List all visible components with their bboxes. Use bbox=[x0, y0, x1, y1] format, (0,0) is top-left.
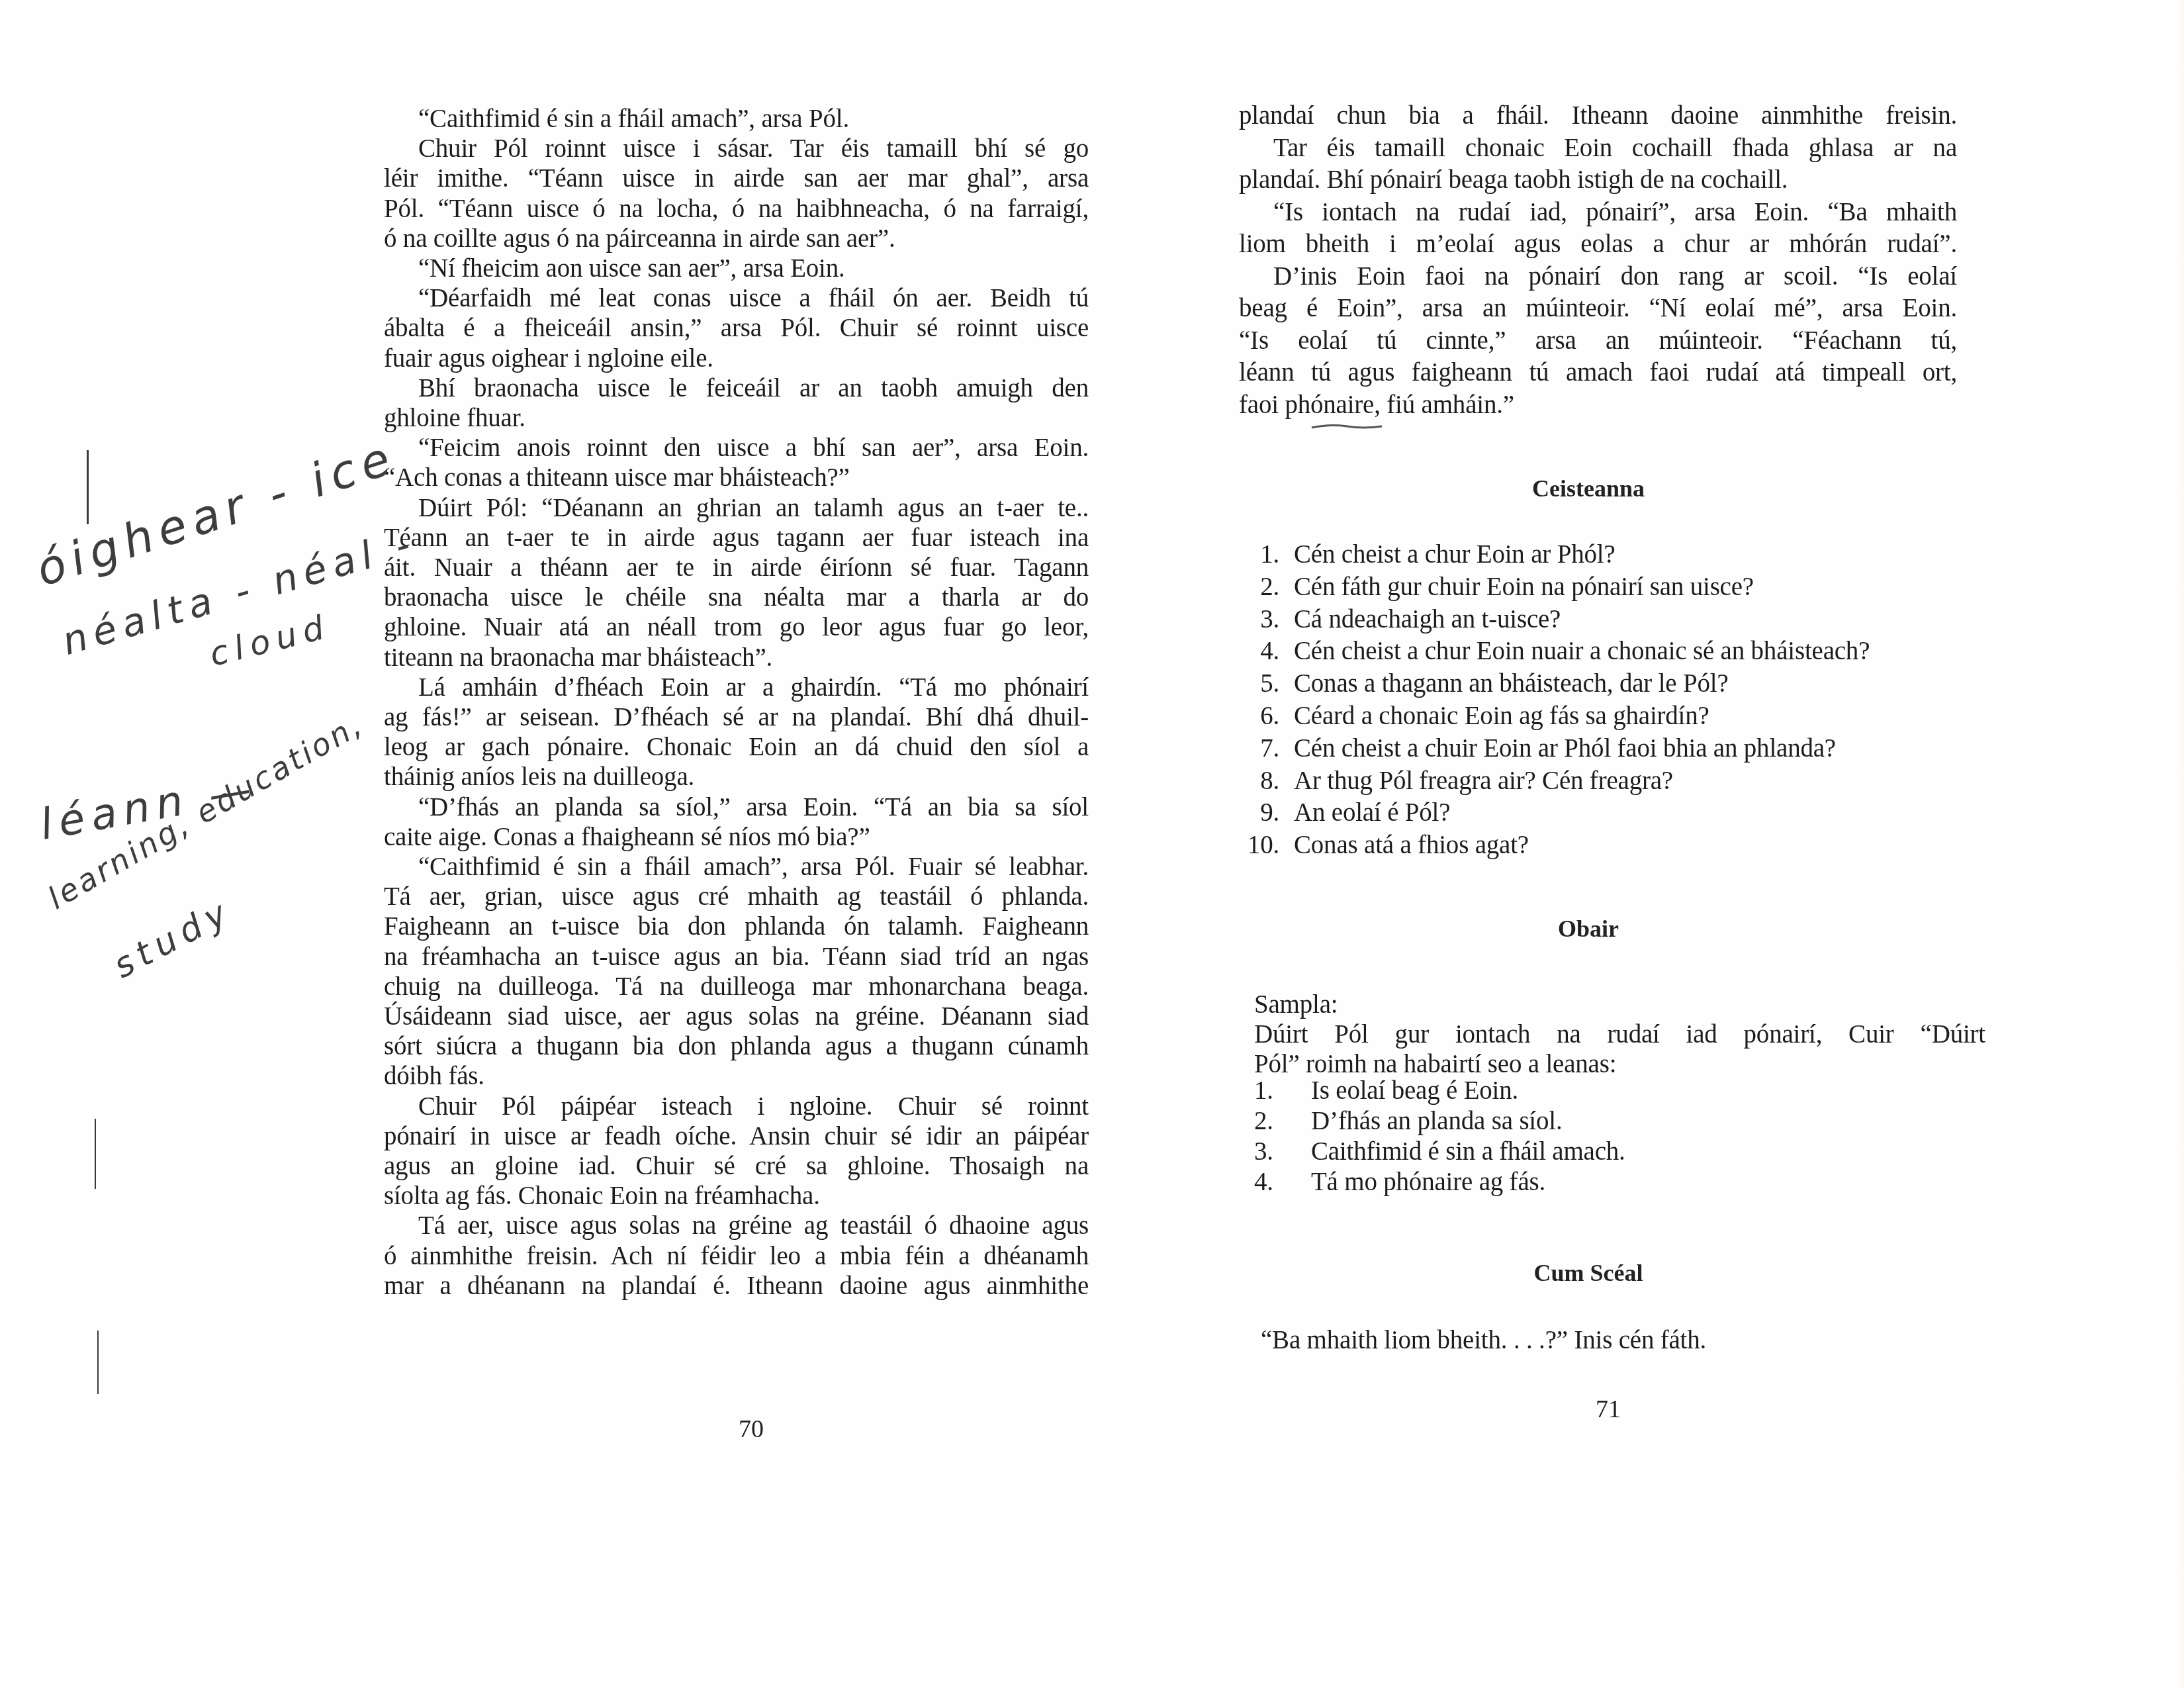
text-line: fuair agus oighear i ngloine eile. bbox=[384, 346, 713, 371]
text-line: Dúirt Pól: “Déanann an ghrian an talamh … bbox=[418, 495, 1089, 521]
question-number: 4. bbox=[1234, 638, 1279, 664]
question-text: Conas a thagann an bháisteach, dar le Pó… bbox=[1294, 669, 1729, 698]
question-item: 4.Cén cheist a chur Eoin nuair a chonaic… bbox=[1234, 638, 1870, 664]
text-line: Chuir Pól páipéar isteach i ngloine. Chu… bbox=[418, 1094, 1089, 1119]
question-item: 2.Cén fáth gur chuir Eoin na pónairí san… bbox=[1234, 574, 1754, 600]
left-page: “Caithfimid é sin a fháil amach”, arsa P… bbox=[0, 0, 1092, 1688]
text-line: “Ach conas a thiteann uisce mar bháistea… bbox=[384, 465, 850, 491]
text-line: Chuir Pól roinnt uisce i sásar. Tar éis … bbox=[418, 136, 1089, 162]
margin-line-mark bbox=[95, 1119, 96, 1189]
text-line: caite aige. Conas a fhaigheann sé níos m… bbox=[384, 824, 870, 850]
text-line: braonacha uisce le chéile sna néalta mar… bbox=[384, 585, 1089, 610]
text-line: Tá aer, grian, uisce agus cré mhaith ag … bbox=[384, 884, 1089, 910]
work-heading: Obair bbox=[1092, 917, 2085, 941]
question-number: 7. bbox=[1234, 735, 1279, 761]
question-item: 6.Céard a chonaic Eoin ag fás sa ghairdí… bbox=[1234, 703, 1709, 729]
text-line: Tá aer, uisce agus solas na gréine ag te… bbox=[418, 1213, 1089, 1239]
text-line: Lá amháin d’fhéach Eoin ar a ghairdín. “… bbox=[418, 675, 1089, 700]
text-line: “Déarfaidh mé leat conas uisce a fháil ó… bbox=[418, 285, 1089, 311]
text-line: “Caithfimid é sin a fháil amach”, arsa P… bbox=[418, 854, 1089, 880]
text-line: léir imithe. “Téann uisce in airde san a… bbox=[384, 165, 1089, 191]
text-line: pónairí in uisce ar feadh oíche. Ansin c… bbox=[384, 1123, 1089, 1149]
question-item: 9.An eolaí é Pól? bbox=[1234, 800, 1450, 825]
question-text: Cá ndeachaigh an t-uisce? bbox=[1294, 605, 1561, 633]
text-line: na fréamhacha an t-uisce agus an bia. Té… bbox=[384, 944, 1089, 970]
handwritten-note-study: study bbox=[107, 891, 240, 986]
question-text: Conas atá a fhios agat? bbox=[1294, 831, 1529, 859]
text-line: sórt siúcra a thugann bia don phlanda ag… bbox=[384, 1033, 1089, 1059]
text-line: “Is iontach na rudaí iad, pónairí”, arsa… bbox=[1273, 199, 1957, 225]
exercise-item: 2.D’fhás an planda sa síol. bbox=[1254, 1108, 1562, 1134]
exercise-text: Caithfimid é sin a fháil amach. bbox=[1311, 1137, 1625, 1166]
text-line: “Is eolaí tú cinnte,” arsa an múinteoir.… bbox=[1239, 328, 1957, 353]
text-line: tháinig aníos leis na duilleoga. bbox=[384, 764, 694, 790]
exercise-text: Tá mo phónaire ag fás. bbox=[1311, 1168, 1545, 1196]
story-prompt: “Ba mhaith liom bheith. . . .?” Inis cén… bbox=[1261, 1327, 1706, 1353]
exercise-item: 1.Is eolaí beag é Eoin. bbox=[1254, 1078, 1518, 1103]
question-number: 1. bbox=[1234, 541, 1279, 567]
story-heading: Cum Scéal bbox=[1092, 1261, 2085, 1285]
question-number: 6. bbox=[1234, 703, 1279, 729]
text-line: agus an gloine iad. Chuir sé cré sa ghlo… bbox=[384, 1153, 1089, 1179]
text-line: Faigheann an t-uisce bia don phlanda ón … bbox=[384, 914, 1089, 939]
question-text: Cén cheist a chur Eoin nuair a chonaic s… bbox=[1294, 637, 1870, 665]
text-line: titeann na braonacha mar bháisteach”. bbox=[384, 645, 772, 671]
question-text: Cén cheist a chur Eoin ar Phól? bbox=[1294, 540, 1615, 569]
question-text: An eolaí é Pól? bbox=[1294, 798, 1450, 827]
text-line: “Feicim anois roinnt den uisce a bhí san… bbox=[418, 435, 1089, 461]
sample-label: Sampla: bbox=[1254, 992, 1338, 1017]
margin-line-mark bbox=[87, 450, 89, 524]
text-line: ghloine fhuar. bbox=[384, 405, 525, 431]
question-number: 3. bbox=[1234, 606, 1279, 632]
question-item: 3.Cá ndeachaigh an t-uisce? bbox=[1234, 606, 1561, 632]
text-line: “D’fhás an planda sa síol,” arsa Eoin. “… bbox=[418, 794, 1089, 820]
text-line: “Caithfimid é sin a fháil amach”, arsa P… bbox=[418, 106, 849, 132]
text-line: ábalta é a fheiceáil ansin,” arsa Pól. C… bbox=[384, 315, 1089, 341]
question-text: Ar thug Pól freagra air? Cén freagra? bbox=[1294, 767, 1673, 795]
text-line: Pól. “Téann uisce ó na locha, ó na haibh… bbox=[384, 196, 1089, 222]
exercise-item: 4.Tá mo phónaire ag fás. bbox=[1254, 1169, 1545, 1195]
text-line: dóibh fás. bbox=[384, 1063, 484, 1089]
page-number-left: 70 bbox=[711, 1417, 791, 1442]
question-number: 5. bbox=[1234, 671, 1279, 696]
question-number: 9. bbox=[1234, 800, 1279, 825]
page-number-right: 71 bbox=[1569, 1397, 1648, 1422]
question-item: 8.Ar thug Pól freagra air? Cén freagra? bbox=[1234, 768, 1673, 794]
question-item: 10.Conas atá a fhios agat? bbox=[1234, 832, 1529, 858]
pencil-underline bbox=[1310, 422, 1383, 432]
question-text: Cén fáth gur chuir Eoin na pónairí san u… bbox=[1294, 573, 1754, 601]
sample-line: Dúirt Pól gur iontach na rudaí iad pónai… bbox=[1254, 1021, 1985, 1047]
text-line: ó ainmhithe freisin. Ach ní féidir leo a… bbox=[384, 1243, 1089, 1269]
question-text: Céard a chonaic Eoin ag fás sa ghairdín? bbox=[1294, 702, 1709, 730]
text-line: léann tú agus faigheann tú amach faoi ru… bbox=[1239, 359, 1957, 385]
sample-line: Pól” roimh na habairtí seo a leanas: bbox=[1254, 1051, 1616, 1077]
margin-line-mark bbox=[97, 1331, 99, 1394]
exercise-number: 4. bbox=[1254, 1169, 1281, 1195]
text-line: síolta ag fás. Chonaic Eoin na fréamhach… bbox=[384, 1183, 820, 1209]
question-item: 1.Cén cheist a chur Eoin ar Phól? bbox=[1234, 541, 1615, 567]
exercise-item: 3.Caithfimid é sin a fháil amach. bbox=[1254, 1139, 1625, 1164]
question-item: 7.Cén cheist a chuir Eoin ar Phól faoi b… bbox=[1234, 735, 1836, 761]
text-line: plandaí. Bhí pónairí beaga taobh istigh … bbox=[1239, 167, 1788, 193]
text-line: beag é Eoin”, arsa an múinteoir. “Ní eol… bbox=[1239, 295, 1957, 321]
text-line: Téann an t-aer te in airde agus tagann a… bbox=[384, 525, 1089, 551]
text-line: D’inis Eoin faoi na pónairí don rang ar … bbox=[1273, 263, 1957, 289]
right-page: plandaí chun bia a fháil. Itheann daoine… bbox=[1092, 0, 2184, 1688]
text-line: ag fás!” ar seisean. D’fhéach sé ar na p… bbox=[384, 704, 1089, 730]
exercise-number: 3. bbox=[1254, 1139, 1281, 1164]
text-line: Úsáideann siad uisce, aer agus solas na … bbox=[384, 1004, 1089, 1029]
question-number: 10. bbox=[1234, 832, 1279, 858]
text-line: faoi phónaire, fiú amháin.” bbox=[1239, 392, 1514, 418]
exercise-number: 2. bbox=[1254, 1108, 1281, 1134]
text-line: “Ní fheicim aon uisce san aer”, arsa Eoi… bbox=[418, 256, 845, 281]
question-number: 8. bbox=[1234, 768, 1279, 794]
questions-heading: Ceisteanna bbox=[1092, 477, 2085, 500]
text-line: Bhí braonacha uisce le feiceáil ar an ta… bbox=[418, 375, 1089, 401]
question-item: 5.Conas a thagann an bháisteach, dar le … bbox=[1234, 671, 1729, 696]
question-number: 2. bbox=[1234, 574, 1279, 600]
text-line: chuig na duilleoga. Tá na duilleoga mar … bbox=[384, 974, 1089, 1000]
text-line: leog ar gach pónaire. Chonaic Eoin an dá… bbox=[384, 734, 1089, 760]
text-line: plandaí chun bia a fháil. Itheann daoine… bbox=[1239, 103, 1957, 128]
question-text: Cén cheist a chuir Eoin ar Phól faoi bhi… bbox=[1294, 734, 1836, 763]
book-spread: “Caithfimid é sin a fháil amach”, arsa P… bbox=[0, 0, 2184, 1688]
text-line: ghloine. Nuair atá an néall trom go leor… bbox=[384, 614, 1089, 640]
scan-edge bbox=[2175, 0, 2184, 1688]
text-line: áit. Nuair a théann aer te in airde éirí… bbox=[384, 555, 1089, 581]
text-line: mar a dhéanann na plandaí é. Itheann dao… bbox=[384, 1273, 1089, 1299]
exercise-text: D’fhás an planda sa síol. bbox=[1311, 1107, 1562, 1135]
text-line: ó na coillte agus ó na páirceanna in air… bbox=[384, 226, 895, 252]
exercise-number: 1. bbox=[1254, 1078, 1281, 1103]
exercise-text: Is eolaí beag é Eoin. bbox=[1311, 1076, 1518, 1105]
text-line: Tar éis tamaill chonaic Eoin cochaill fh… bbox=[1273, 135, 1957, 161]
text-line: liom bheith i m’eolaí agus eolas a chur … bbox=[1239, 231, 1957, 257]
